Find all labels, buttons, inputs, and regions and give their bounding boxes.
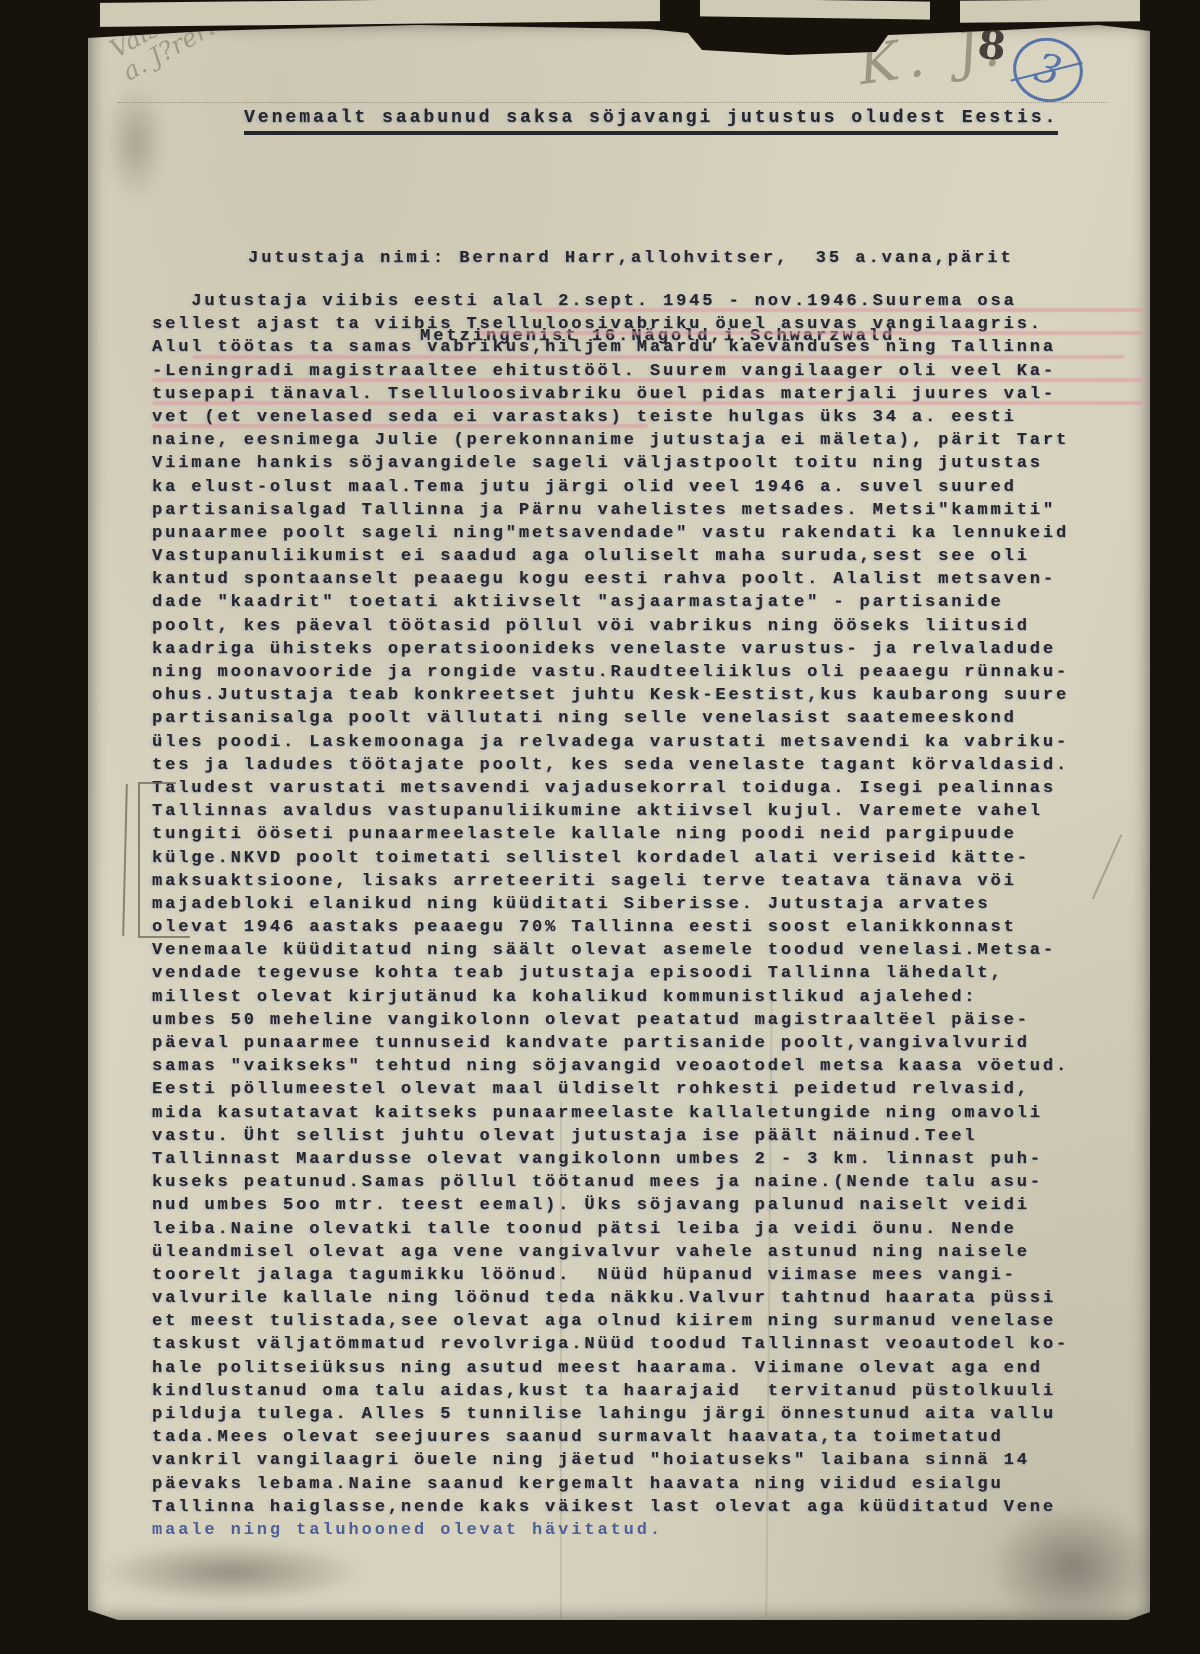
body-line: naine, eesnimega Julie (perekonnanime ju… [152, 429, 1144, 452]
scanned-archive-document: { "colors": { "background": "#18120d", "… [0, 0, 1200, 1654]
body-line: valvurile kallale ning löönud teda näkku… [152, 1287, 1144, 1310]
body-line: üleandmisel olevat aga vene vangivalvur … [152, 1241, 1144, 1264]
body-line: taskust väljatömmatud revolvriga.Nüüd to… [152, 1333, 1144, 1356]
body-line: ka elust-olust maal.Tema jutu järgi olid… [152, 476, 1144, 499]
body-text: Jutustaja viibis eesti alal 2.sept. 1945… [152, 290, 1144, 1542]
body-line: külge.NKVD poolt toimetati sellistel kor… [152, 847, 1144, 870]
body-line: kaadriga ühisteks operatsioonideks venel… [152, 638, 1144, 661]
body-line: Taludest varustati metsavendi vajaduseko… [152, 777, 1144, 800]
body-line: nud umbes 5oo mtr. teest eemal). Üks söj… [152, 1194, 1144, 1217]
body-line: Tallinnas avaldus vastupanuliikumine akt… [152, 800, 1144, 823]
body-line: vendade tegevuse kohta teab jutustaja ep… [152, 962, 1144, 985]
body-line: olevat 1946 aastaks peaaegu 70% Tallinna… [152, 916, 1144, 939]
body-line: päevaks lebama.Naine saanud kergemalt ha… [152, 1473, 1144, 1496]
body-line: mida kasutatavat kaitseks punaarmeelaste… [152, 1102, 1144, 1125]
body-line: päeval punaarmee tunnuseid kandvate part… [152, 1032, 1144, 1055]
body-line: Venemaale küüditatud ning säält olevat a… [152, 939, 1144, 962]
body-line: Alul töötas ta samas vabrikus,hiljem Maa… [152, 336, 1144, 359]
body-line: partisanisalga poolt vällutati ning sell… [152, 707, 1144, 730]
document-sheet: Valse nimi? 1948 a. J?reris K.J. K. J. 8… [88, 22, 1150, 1620]
body-line: hale politseiüksus ning asutud meest haa… [152, 1357, 1144, 1380]
body-line: et meest tulistada,see olevat aga olnud … [152, 1310, 1144, 1333]
handwritten-page-number: 8 [976, 21, 1009, 71]
smudge-stain [96, 1542, 366, 1602]
body-line: vankril vangilaagri öuele ning jäetud "h… [152, 1449, 1144, 1472]
red-pencil-underline [529, 308, 1144, 312]
torn-paper-fragment [960, 0, 1140, 23]
body-line: kindlustanud oma talu aidas,kust ta haar… [152, 1380, 1144, 1403]
body-line: ohus.Jutustaja teab konkreetset juhtu Ke… [152, 684, 1144, 707]
red-pencil-underline [152, 378, 1144, 382]
body-line: üles poodi. Laskemoonaga ja relvadega va… [152, 731, 1144, 754]
smudge-stain [988, 1502, 1158, 1632]
body-line: toorelt jalaga tagumikku löönud. Nüüd hü… [152, 1264, 1144, 1287]
narrator-line-1: Jutustaja nimi: Bernard Harr,allohvitser… [248, 246, 1014, 272]
body-line: maksuaktsioone, lisaks arreteeriti sagel… [152, 870, 1144, 893]
body-line: ning moonavooride ja rongide vastu.Raudt… [152, 661, 1144, 684]
bracket-stroke [122, 784, 127, 936]
body-line: Tallinnast Maardusse olevat vangikolonn … [152, 1148, 1144, 1171]
smudge-stain [106, 82, 166, 202]
body-line: kuseks peatunud.Samas pöllul töötanud me… [152, 1171, 1144, 1194]
red-pencil-underline [152, 424, 648, 428]
body-line: sellest ajast ta viibis Tselluloosivabri… [152, 313, 1144, 336]
body-line: Jutustaja viibis eesti alal 2.sept. 1945… [152, 290, 1144, 313]
body-line: tada.Mees olevat seejuures saanud surmav… [152, 1426, 1144, 1449]
body-line: vet (et venelased seda ei varastaks) tei… [152, 406, 1144, 429]
body-line: dade "kaadrit" toetati aktiivselt "asjaa… [152, 591, 1144, 614]
body-line: poolt, kes päeval töötasid pöllul vöi va… [152, 615, 1144, 638]
red-pencil-underline [192, 355, 1124, 359]
body-line: Viimane hankis söjavangidele sageli välj… [152, 452, 1144, 475]
body-line: Vastupanuliikumist ei saadud aga olulise… [152, 545, 1144, 568]
body-line: Eesti pöllumeestel olevat maal üldiselt … [152, 1078, 1144, 1101]
body-line: umbes 50 meheline vangikolonn olevat pea… [152, 1009, 1144, 1032]
bracket-stroke [138, 782, 176, 784]
body-line: vastu. Üht sellist juhtu olevat jutustaj… [152, 1125, 1144, 1148]
bracket-stroke [138, 936, 190, 938]
body-line: pilduja tulega. Alles 5 tunnilise lahing… [152, 1403, 1144, 1426]
torn-paper-fragment [700, 0, 930, 20]
paper-crease [560, 1102, 562, 1622]
bracket-stroke [138, 784, 140, 936]
body-line: -Leningradi magistraaltee ehitustööl. Su… [152, 360, 1144, 383]
torn-paper-fragment [100, 0, 660, 27]
body-line: samas "vaikseks" tehtud ning söjavangid … [152, 1055, 1144, 1078]
blue-circled-number: 3 [1006, 30, 1089, 109]
fold-line [118, 102, 1108, 103]
pencil-margin-bracket [114, 780, 154, 938]
body-line: tungiti ööseti punaarmeelastele kallale … [152, 823, 1144, 846]
body-line: punaarmee poolt sageli ning"metsavendade… [152, 522, 1144, 545]
body-line: tes ja ladudes töötajate poolt, kes seda… [152, 754, 1144, 777]
red-pencil-underline [152, 401, 1144, 405]
body-line: kantud spontaanselt peaaegu kogu eesti r… [152, 568, 1144, 591]
body-line: partisanisalgad Tallinna ja Pärnu vaheli… [152, 499, 1144, 522]
body-line: millest olevat kirjutänud ka kohalikud k… [152, 986, 1144, 1009]
body-line: tusepapi tänaval. Tselluloosivabriku öue… [152, 383, 1144, 406]
body-line: leiba.Naine olevatki talle toonud pätsi … [152, 1218, 1144, 1241]
document-title: Venemaalt saabunud saksa söjavangi jutus… [244, 108, 1058, 135]
body-line: majadebloki elanikud ning küüditati Sibe… [152, 893, 1144, 916]
red-pencil-underline [479, 331, 1144, 335]
